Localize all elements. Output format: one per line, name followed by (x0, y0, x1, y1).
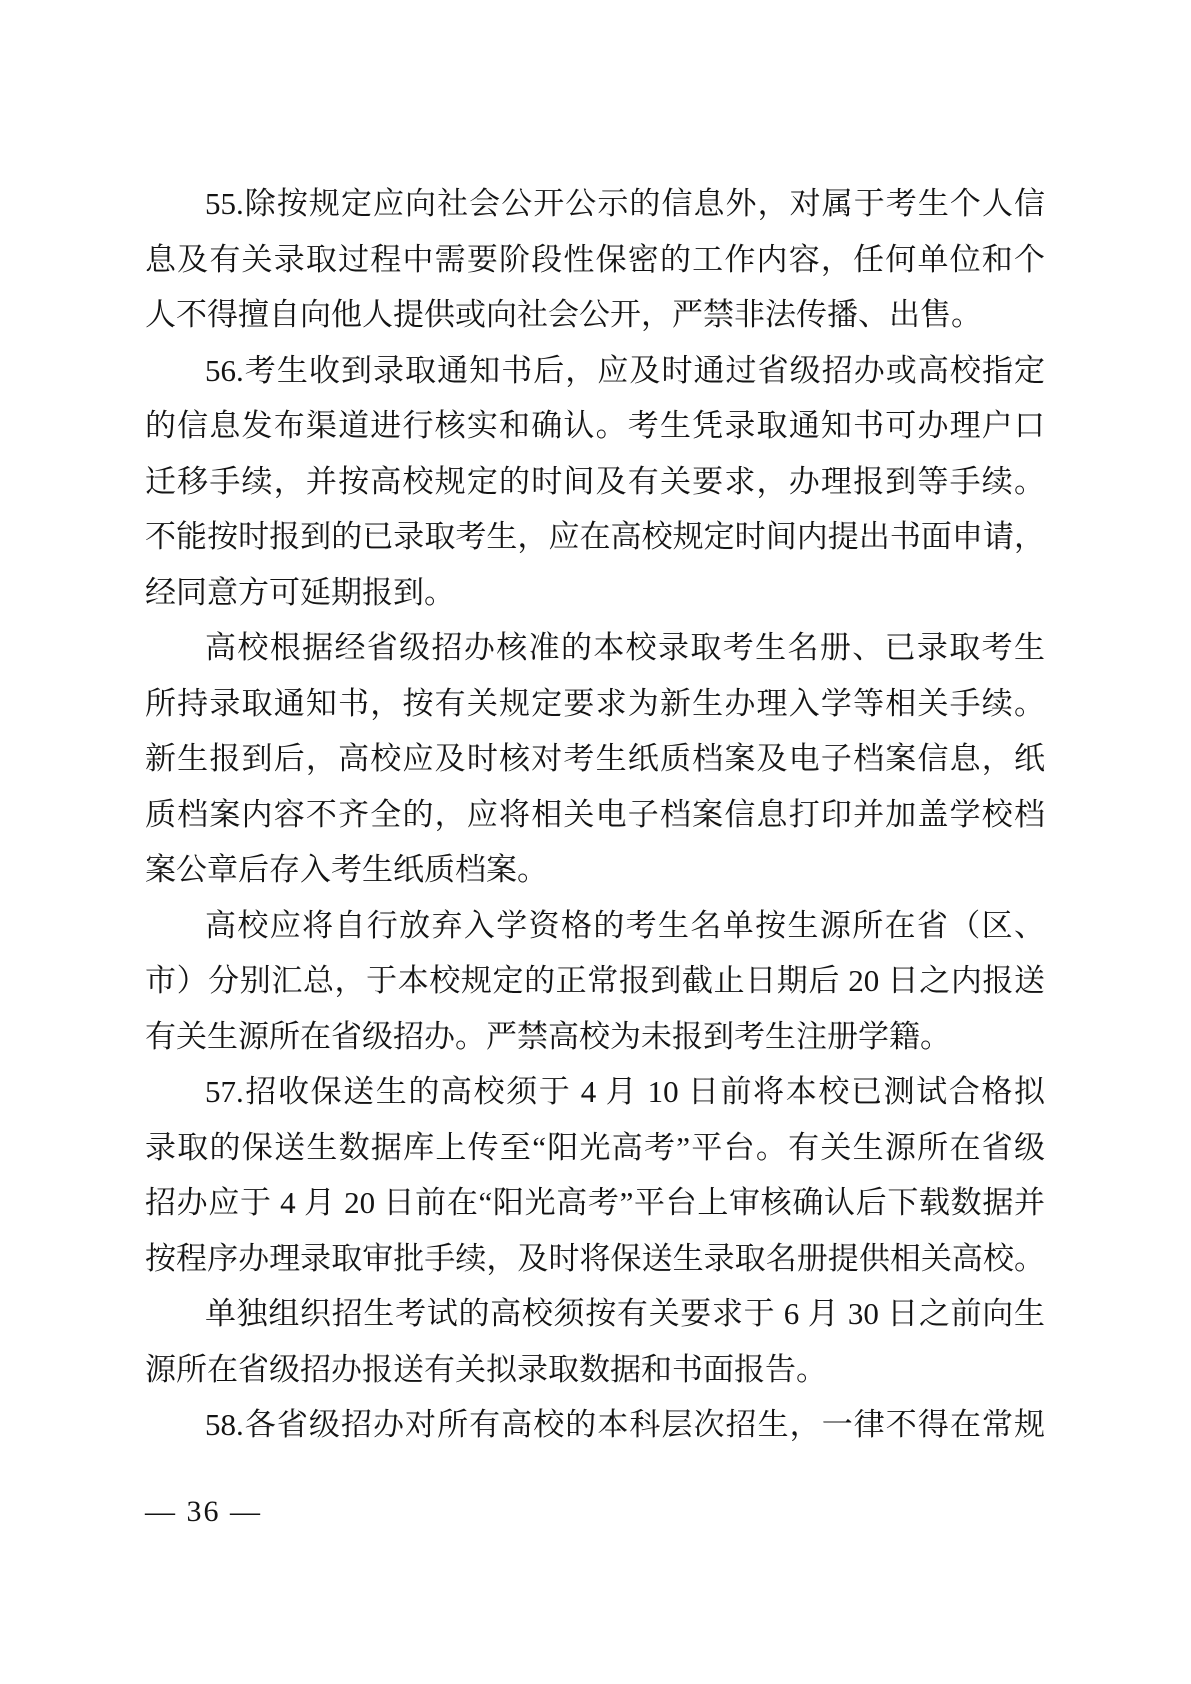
text-line: 所持录取通知书，按有关规定要求为新生办理入学等相关手续。 (145, 676, 1045, 732)
text-line: 经同意方可延期报到。 (145, 565, 1045, 621)
paragraph-56: 56.考生收到录取通知书后，应及时通过省级招办或高校指定 的信息发布渠道进行核实… (145, 343, 1045, 621)
text-line: 招办应于 4 月 20 日前在“阳光高考”平台上审核确认后下载数据并 (145, 1175, 1045, 1231)
text-line: 迁移手续，并按高校规定的时间及有关要求，办理报到等手续。 (145, 454, 1045, 510)
text-line: 有关生源所在省级招办。严禁高校为未报到考生注册学籍。 (145, 1009, 1045, 1065)
text-line: 高校应将自行放弃入学资格的考生名单按生源所在省（区、 (145, 898, 1045, 954)
text-block: 55.除按规定应向社会公开公示的信息外，对属于考生个人信 息及有关录取过程中需要… (145, 176, 1045, 1453)
text-line: 56.考生收到录取通知书后，应及时通过省级招办或高校指定 (145, 343, 1045, 399)
text-line: 按程序办理录取审批手续，及时将保送生录取名册提供相关高校。 (145, 1231, 1045, 1287)
text-line: 57.招收保送生的高校须于 4 月 10 日前将本校已测试合格拟 (145, 1064, 1045, 1120)
text-line: 源所在省级招办报送有关拟录取数据和书面报告。 (145, 1342, 1045, 1398)
paragraph-57-continuation: 单独组织招生考试的高校须按有关要求于 6 月 30 日之前向生 源所在省级招办报… (145, 1286, 1045, 1397)
text-line: 质档案内容不齐全的，应将相关电子档案信息打印并加盖学校档 (145, 787, 1045, 843)
text-line: 新生报到后，高校应及时核对考生纸质档案及电子档案信息，纸 (145, 731, 1045, 787)
paragraph-55: 55.除按规定应向社会公开公示的信息外，对属于考生个人信 息及有关录取过程中需要… (145, 176, 1045, 343)
text-line: 单独组织招生考试的高校须按有关要求于 6 月 30 日之前向生 (145, 1286, 1045, 1342)
text-line: 58.各省级招办对所有高校的本科层次招生，一律不得在常规 (145, 1397, 1045, 1453)
text-line: 高校根据经省级招办核准的本校录取考生名册、已录取考生 (145, 620, 1045, 676)
text-line: 市）分别汇总，于本校规定的正常报到截止日期后 20 日之内报送 (145, 953, 1045, 1009)
paragraph-57: 57.招收保送生的高校须于 4 月 10 日前将本校已测试合格拟 录取的保送生数… (145, 1064, 1045, 1286)
paragraph-56-continuation-1: 高校根据经省级招办核准的本校录取考生名册、已录取考生 所持录取通知书，按有关规定… (145, 620, 1045, 898)
text-line: 息及有关录取过程中需要阶段性保密的工作内容，任何单位和个 (145, 232, 1045, 288)
text-line: 人不得擅自向他人提供或向社会公开，严禁非法传播、出售。 (145, 287, 1045, 343)
text-line: 的信息发布渠道进行核实和确认。考生凭录取通知书可办理户口 (145, 398, 1045, 454)
paragraph-58: 58.各省级招办对所有高校的本科层次招生，一律不得在常规 (145, 1397, 1045, 1453)
text-line: 录取的保送生数据库上传至“阳光高考”平台。有关生源所在省级 (145, 1120, 1045, 1176)
text-line: 55.除按规定应向社会公开公示的信息外，对属于考生个人信 (145, 176, 1045, 232)
paragraph-56-continuation-2: 高校应将自行放弃入学资格的考生名单按生源所在省（区、 市）分别汇总，于本校规定的… (145, 898, 1045, 1065)
text-line: 案公章后存入考生纸质档案。 (145, 842, 1045, 898)
page-number: — 36 — (145, 1492, 262, 1532)
document-page: 55.除按规定应向社会公开公示的信息外，对属于考生个人信 息及有关录取过程中需要… (0, 0, 1191, 1684)
text-line: 不能按时报到的已录取考生，应在高校规定时间内提出书面申请， (145, 509, 1045, 565)
